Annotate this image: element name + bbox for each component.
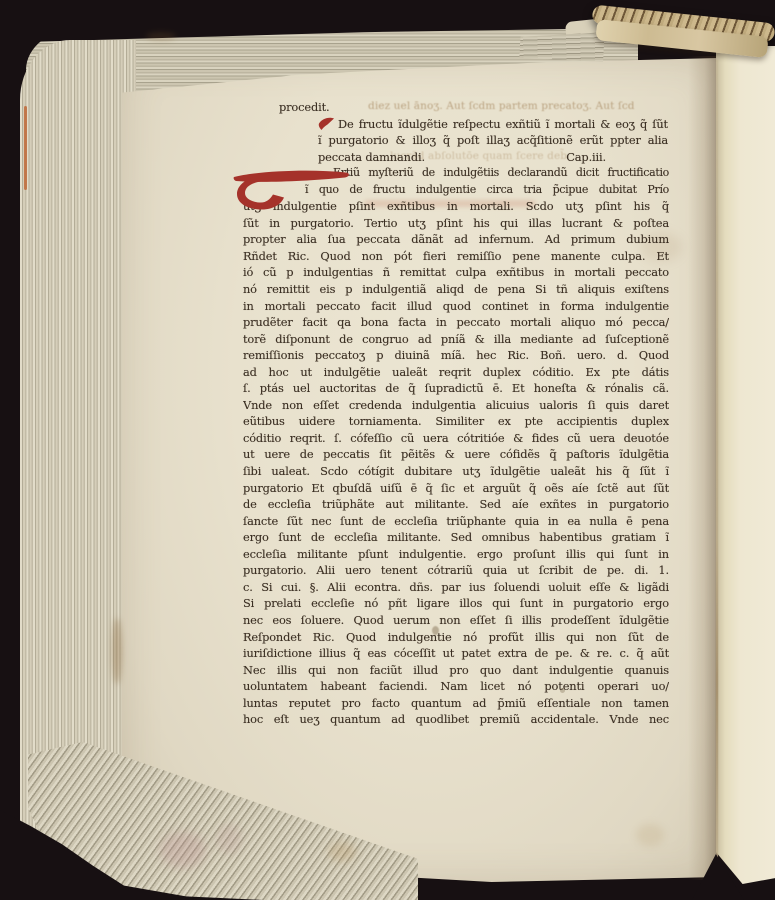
text-line: ſũt in purgatorio. Tertio utʒ pſint his … bbox=[243, 215, 669, 232]
chapter-opening: Ertiũ myſteriũ de indulgẽtiis declarandũ… bbox=[243, 165, 669, 198]
summary-line: De fructu ĩdulgẽtie reſpectu exñtiũ ĩ mo… bbox=[318, 116, 668, 133]
text-line: ió cũ p indulgentias ñ remittat culpa ex… bbox=[243, 264, 669, 281]
text-line: luntas reputet pro facto quantum ad p̃mi… bbox=[243, 695, 669, 712]
text-line: ſibi ualeat. Scdo cótígit dubitare utʒ ĩ… bbox=[243, 463, 669, 480]
rubricated-initial-T bbox=[234, 168, 352, 210]
summary-line: ĩ purgatorio & illoʒ q̃ poſt illaʒ acq̃ſ… bbox=[318, 132, 668, 149]
text-line: purgatorio Et qbuſdã uiſũ ē q̃ ſic et ar… bbox=[243, 480, 669, 497]
gutter-crease bbox=[716, 60, 718, 860]
text-line: ergo ſunt de eccleſia militante. Sed omn… bbox=[243, 529, 669, 546]
running-text: procedit. bbox=[279, 99, 669, 116]
text-line: propter alia ſua peccata dãnãt ad infern… bbox=[243, 231, 669, 248]
pilcrow-icon bbox=[318, 117, 335, 130]
opening-line: ĩ quo de fructu indulgentie circa tria p… bbox=[305, 182, 669, 199]
text-line: ad hoc ut indulgẽtie ualeãt reqrit duple… bbox=[243, 364, 669, 381]
text-line: eccleſia militante pſunt indulgentie. er… bbox=[243, 546, 669, 563]
text-line: prudẽter facit qa bona facta in peccato … bbox=[243, 314, 669, 331]
stain bbox=[160, 832, 206, 868]
text-line: remiſſionis peccatoʒ p diuinã míã. hec R… bbox=[243, 347, 669, 364]
body-text: utʒ indulgentie pſint exñtibus in mortal… bbox=[243, 198, 669, 728]
text-line: nó remittit eis p indulgentiã aliqd de p… bbox=[243, 281, 669, 298]
text-line: Nec illis qui non faciũt illud pro quo d… bbox=[243, 662, 669, 679]
text-line: torẽ diſponunt de congruo ad pníã & illa… bbox=[243, 331, 669, 348]
text-line: c. Si cui. §. Alii econtra. dñs. par ius… bbox=[243, 579, 669, 596]
gutter-shadow bbox=[688, 56, 718, 880]
text-line: nec eos ſoluere. Quod uerum non eſſet ſi… bbox=[243, 612, 669, 629]
text-line: Si prelati eccleſie nó pñt ligare illos … bbox=[243, 595, 669, 612]
stain bbox=[216, 824, 242, 854]
text-line: de eccleſia triũphãte aut militante. Sed… bbox=[243, 496, 669, 513]
text-line: Reſpondet Ric. Quod indulgentie nó profũ… bbox=[243, 629, 669, 646]
text-line: ſ. ptás uel auctoritas de q̃ ſupradictũ … bbox=[243, 380, 669, 397]
summary-text: peccata damnandi. bbox=[318, 149, 425, 166]
chapter-number: Cap.iii. bbox=[566, 149, 606, 166]
book-photo: diez uel ānoʒ. Aut ſcdm partem precatoʒ.… bbox=[0, 0, 775, 900]
text-line: códitio reqrit. ſ. cófeſſio cũ uera cótr… bbox=[243, 430, 669, 447]
edge-smudge bbox=[112, 618, 122, 684]
text-line: Rñdet Ric. Quod non pót fieri remiſſio p… bbox=[243, 248, 669, 265]
summary-line: peccata damnandi. Cap.iii. bbox=[318, 149, 668, 166]
text-line: ut uere de peccatis ſit pẽitẽs & uere có… bbox=[243, 446, 669, 463]
text-line: ſancte ſũt nec ſunt de eccleſia triũphan… bbox=[243, 513, 669, 530]
text-line: iuriſdictione illius q̃ eas cóceſſit ut … bbox=[243, 645, 669, 662]
text-line: in mortali peccato facit illud quod cont… bbox=[243, 298, 669, 315]
stain bbox=[636, 824, 664, 846]
orange-edge-mark bbox=[24, 106, 27, 190]
stain bbox=[328, 842, 356, 862]
summary-text: De fructu ĩdulgẽtie reſpectu exñtiũ ĩ mo… bbox=[338, 117, 668, 131]
text-line: Vnde non eſſet credenda indulgentia alic… bbox=[243, 397, 669, 414]
chapter-summary: De fructu ĩdulgẽtie reſpectu exñtiũ ĩ mo… bbox=[318, 116, 668, 166]
text-line: uoluntatem habeant faciendi. Nam licet n… bbox=[243, 678, 669, 695]
opening-line: Ertiũ myſteriũ de indulgẽtiis declarandũ… bbox=[333, 165, 669, 182]
text-line: eũtibus uidere torniamenta. Similiter ex… bbox=[243, 413, 669, 430]
text-line: purgatorio. Alii uero tenent cótrariũ qu… bbox=[243, 562, 669, 579]
text-column: procedit. De fructu ĩdulgẽtie reſpectu e… bbox=[243, 99, 669, 728]
text-line: hoc eſt ueʒ quantum ad quodlibet premiũ … bbox=[243, 711, 669, 728]
edge-smudge-top bbox=[146, 32, 176, 41]
facing-page-edge bbox=[716, 46, 775, 884]
